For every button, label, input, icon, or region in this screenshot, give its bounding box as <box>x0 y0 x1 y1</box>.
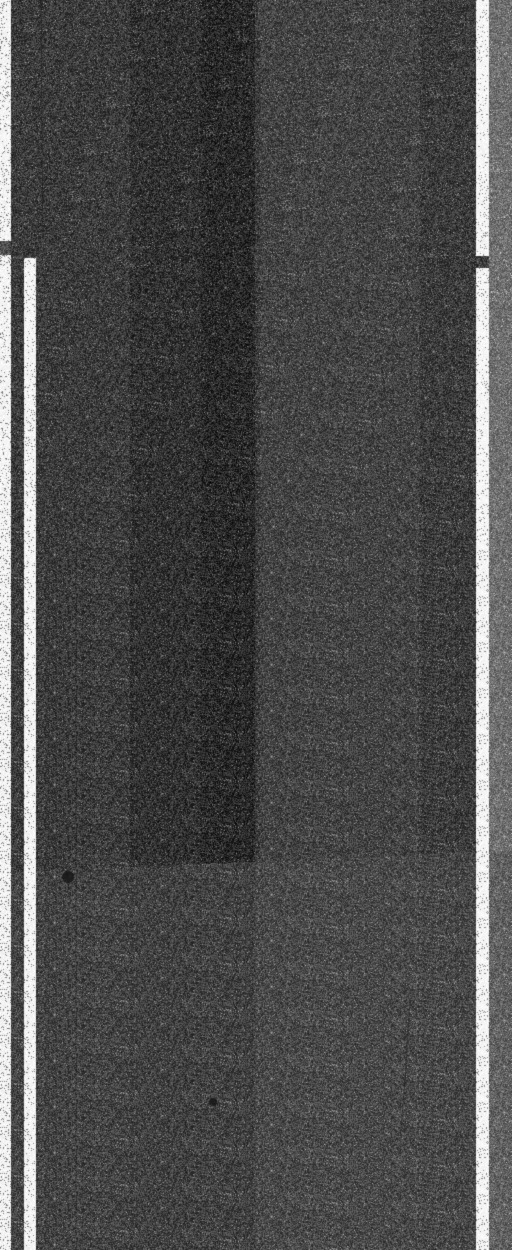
road-surface-image: Road pavement surface with lane markings <box>0 0 512 1250</box>
pavement-texture-canvas <box>0 0 512 1250</box>
